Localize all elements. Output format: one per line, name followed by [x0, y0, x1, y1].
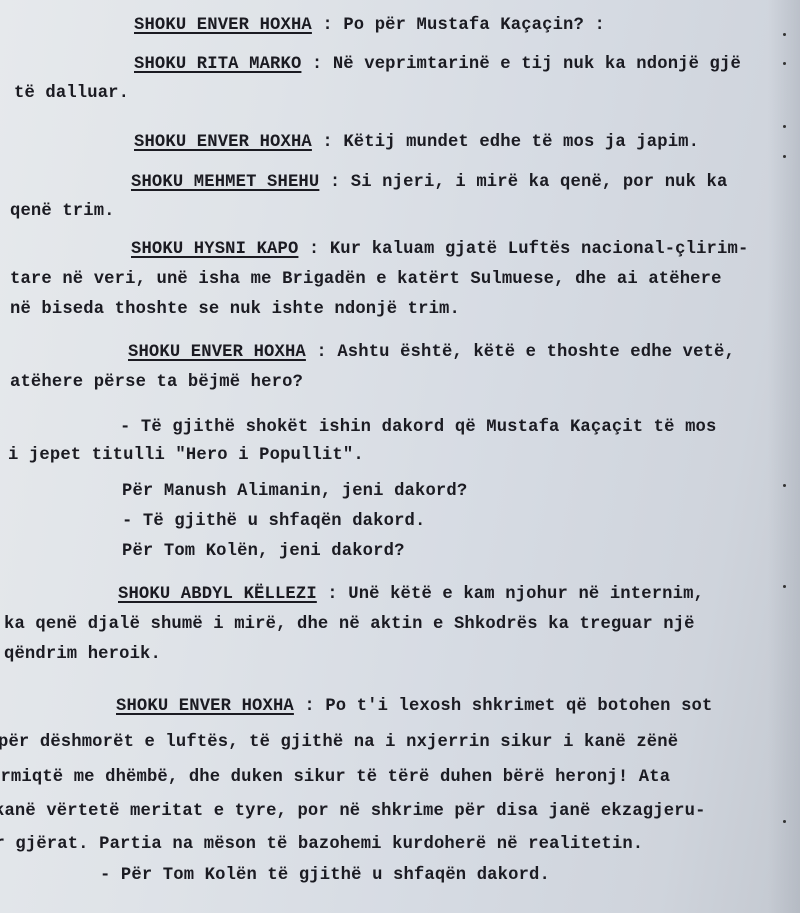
margin-mark: [783, 585, 786, 588]
statement-text: Në veprimtarinë e tij nuk ka ndonjë gjë: [333, 55, 741, 74]
transcript-line: për dëshmorët e luftës, të gjithë na i n…: [0, 733, 678, 753]
transcript-line: SHOKU ENVER HOXHA : Po për Mustafa Kaçaç…: [134, 16, 605, 36]
margin-mark: [783, 484, 786, 487]
transcript-line: SHOKU ENVER HOXHA : Ashtu është, këtë e …: [128, 343, 735, 363]
margin-mark: [783, 33, 786, 36]
transcript-line: Për Manush Alimanin, jeni dakord?: [122, 482, 467, 502]
statement-text: Ashtu është, këtë e thoshte edhe vetë,: [337, 343, 735, 362]
statement-text: Si njeri, i mirë ka qenë, por nuk ka: [351, 173, 728, 192]
transcript-line: atëhere përse ta bëjmë hero?: [10, 373, 303, 393]
transcript-line: - Për Tom Kolën të gjithë u shfaqën dako…: [100, 866, 550, 886]
margin-mark: [783, 62, 786, 65]
separator: :: [298, 240, 329, 259]
page-edge-shadow: [768, 0, 800, 913]
speaker-name: SHOKU RITA MARKO: [134, 55, 301, 74]
statement-text: Këtij mundet edhe të mos ja japim.: [343, 133, 699, 152]
statement-text: Unë këtë e kam njohur në internim,: [348, 585, 704, 604]
transcript-line: në biseda thoshte se nuk ishte ndonjë tr…: [10, 300, 460, 320]
transcript-line: ar gjërat. Partia na mëson të bazohemi k…: [0, 835, 643, 855]
separator: :: [294, 697, 325, 716]
speaker-name: SHOKU ABDYL KËLLEZI: [118, 585, 317, 604]
transcript-line: qëndrim heroik.: [4, 645, 161, 665]
transcript-line: SHOKU ENVER HOXHA : Po t'i lexosh shkrim…: [116, 697, 713, 717]
speaker-name: SHOKU MEHMET SHEHU: [131, 173, 319, 192]
transcript-line: ka qenë djalë shumë i mirë, dhe në aktin…: [4, 615, 695, 635]
margin-mark: [783, 155, 786, 158]
speaker-name: SHOKU ENVER HOXHA: [134, 133, 312, 152]
transcript-line: armiqtë me dhëmbë, dhe duken sikur të të…: [0, 768, 670, 788]
transcript-line: të dalluar.: [14, 84, 129, 104]
separator: :: [301, 55, 332, 74]
transcript-line: SHOKU HYSNI KAPO : Kur kaluam gjatë Luft…: [131, 240, 748, 260]
separator: :: [306, 343, 337, 362]
transcript-line: tare në veri, unë isha me Brigadën e kat…: [10, 270, 722, 290]
speaker-name: SHOKU ENVER HOXHA: [116, 697, 294, 716]
separator: :: [312, 16, 343, 35]
transcript-line: Për Tom Kolën, jeni dakord?: [122, 542, 405, 562]
transcript-line: qenë trim.: [10, 202, 115, 222]
separator: :: [312, 133, 343, 152]
transcript-line: kanë vërtetë meritat e tyre, por në shkr…: [0, 802, 706, 822]
transcript-line: - Të gjithë u shfaqën dakord.: [122, 512, 425, 532]
transcript-line: i jepet titulli "Hero i Popullit".: [8, 446, 364, 466]
speaker-name: SHOKU HYSNI KAPO: [131, 240, 298, 259]
separator: :: [319, 173, 350, 192]
transcript-line: SHOKU ENVER HOXHA : Këtij mundet edhe të…: [134, 133, 699, 153]
transcript-line: - Të gjithë shokët ishin dakord që Musta…: [120, 418, 716, 438]
statement-text: Po për Mustafa Kaçaçin? :: [343, 16, 605, 35]
speaker-name: SHOKU ENVER HOXHA: [128, 343, 306, 362]
separator: :: [317, 585, 348, 604]
statement-text: Po t'i lexosh shkrimet që botohen sot: [325, 697, 712, 716]
margin-mark: [783, 820, 786, 823]
speaker-name: SHOKU ENVER HOXHA: [134, 16, 312, 35]
statement-text: Kur kaluam gjatë Luftës nacional-çlirim-: [330, 240, 749, 259]
transcript-line: SHOKU RITA MARKO : Në veprimtarinë e tij…: [134, 55, 741, 75]
margin-mark: [783, 125, 786, 128]
transcript-line: SHOKU MEHMET SHEHU : Si njeri, i mirë ka…: [131, 173, 727, 193]
transcript-line: SHOKU ABDYL KËLLEZI : Unë këtë e kam njo…: [118, 585, 704, 605]
